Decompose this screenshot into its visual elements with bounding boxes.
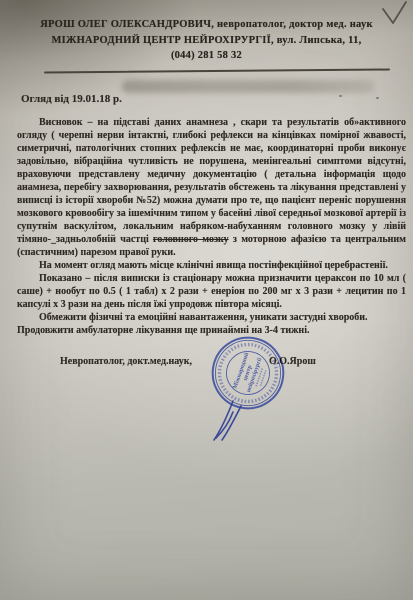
struck-text: головного мозку — [153, 234, 229, 245]
report-body: Висновок – на підставі даних анамнеза , … — [17, 116, 406, 337]
document-photo: ЯРОШ ОЛЕГ ОЛЕКСАНДРОВИЧ, невропатолог, д… — [0, 0, 413, 600]
medical-report-page: ЯРОШ ОЛЕГ ОЛЕКСАНДРОВИЧ, невропатолог, д… — [0, 0, 413, 600]
redacted-patient-name — [122, 80, 374, 93]
doctor-name-line: ЯРОШ ОЛЕГ ОЛЕКСАНДРОВИЧ, невропатолог, д… — [4, 17, 409, 33]
pen-dot — [339, 95, 342, 97]
continue-treatment-paragraph: Продовжити амбулаторне лікування ще прин… — [17, 324, 406, 337]
signature-title: Невропатолог, докт.мед.наук, — [60, 356, 192, 367]
conclusion-paragraph: Висновок – на підставі даних анамнеза , … — [17, 116, 406, 259]
letterhead: ЯРОШ ОЛЕГ ОЛЕКСАНДРОВИЧ, невропатолог, д… — [4, 17, 409, 64]
pen-dot — [376, 97, 379, 99]
clinic-address-line: МІЖНАРОДНИЙ ЦЕНТР НЕЙРОХІРУРГІЇ, вул. Ли… — [4, 33, 409, 49]
header-divider — [44, 68, 390, 73]
restrictions-paragraph: Обмежити фізичні та емоційні навантаженн… — [17, 311, 406, 324]
stamp-graphic: Міжнародний центр нейрохірургії — [206, 331, 291, 416]
status-paragraph: На момент огляд мають місце клінічні яви… — [17, 259, 406, 272]
phone-line: (044) 281 58 32 — [4, 48, 409, 64]
prescription-paragraph: Показано – після виписки із стаціонару м… — [17, 272, 406, 311]
conclusion-text: Висновок – на підставі даних анамнеза , … — [17, 117, 406, 245]
exam-date: Огляд від 19.01.18 р. — [21, 93, 122, 105]
round-stamp: Міжнародний центр нейрохірургії — [206, 331, 291, 416]
